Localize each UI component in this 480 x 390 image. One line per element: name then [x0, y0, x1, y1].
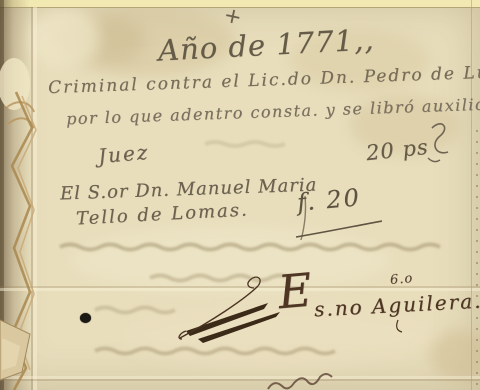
signature-initial: E	[276, 263, 314, 320]
year-title: Año de 1771,,	[157, 22, 375, 67]
horizontal-crease-highlight	[0, 376, 480, 379]
paper-stain	[430, 330, 480, 380]
page-decorations	[0, 0, 480, 390]
bleed-through-marks	[60, 142, 440, 354]
paper-stain	[120, 300, 440, 370]
fee-paraph-flourish	[428, 124, 448, 162]
case-title-line-2: por lo que adentro consta. y se libró au…	[66, 95, 480, 129]
vertical-crease-highlight	[33, 7, 37, 390]
paper-stain	[350, 95, 460, 155]
paper-stain	[290, 30, 430, 90]
fee-note: 20 ps	[365, 135, 430, 165]
paper-stain	[55, 6, 235, 76]
judge-label: Juez	[97, 140, 150, 168]
paper-stain	[70, 225, 390, 295]
right-edge-crease	[471, 0, 472, 390]
horizontal-crease	[0, 379, 480, 381]
paper-stain	[85, 18, 145, 63]
signature-name: s.no Aguilera.	[313, 289, 480, 322]
case-title-line-1: Criminal contra el Lic.do Dn. Pedro de L…	[48, 62, 480, 98]
folio-underline	[296, 196, 382, 240]
judge-name-line-1: El S.or Dn. Manuel Maria	[60, 175, 318, 205]
manuscript-page: + Año de 1771,, Criminal contra el Lic.d…	[0, 0, 480, 390]
horizontal-crease-highlight	[0, 288, 480, 291]
page-left-edge	[0, 0, 4, 390]
judge-name-line-2: Tello de Lomas.	[76, 199, 250, 229]
torn-top-edge	[0, 0, 480, 8]
ink-blot	[80, 313, 91, 323]
folio-note: f. 20	[296, 183, 362, 216]
paper-stain	[30, 8, 100, 68]
binding-shadow	[0, 0, 30, 390]
